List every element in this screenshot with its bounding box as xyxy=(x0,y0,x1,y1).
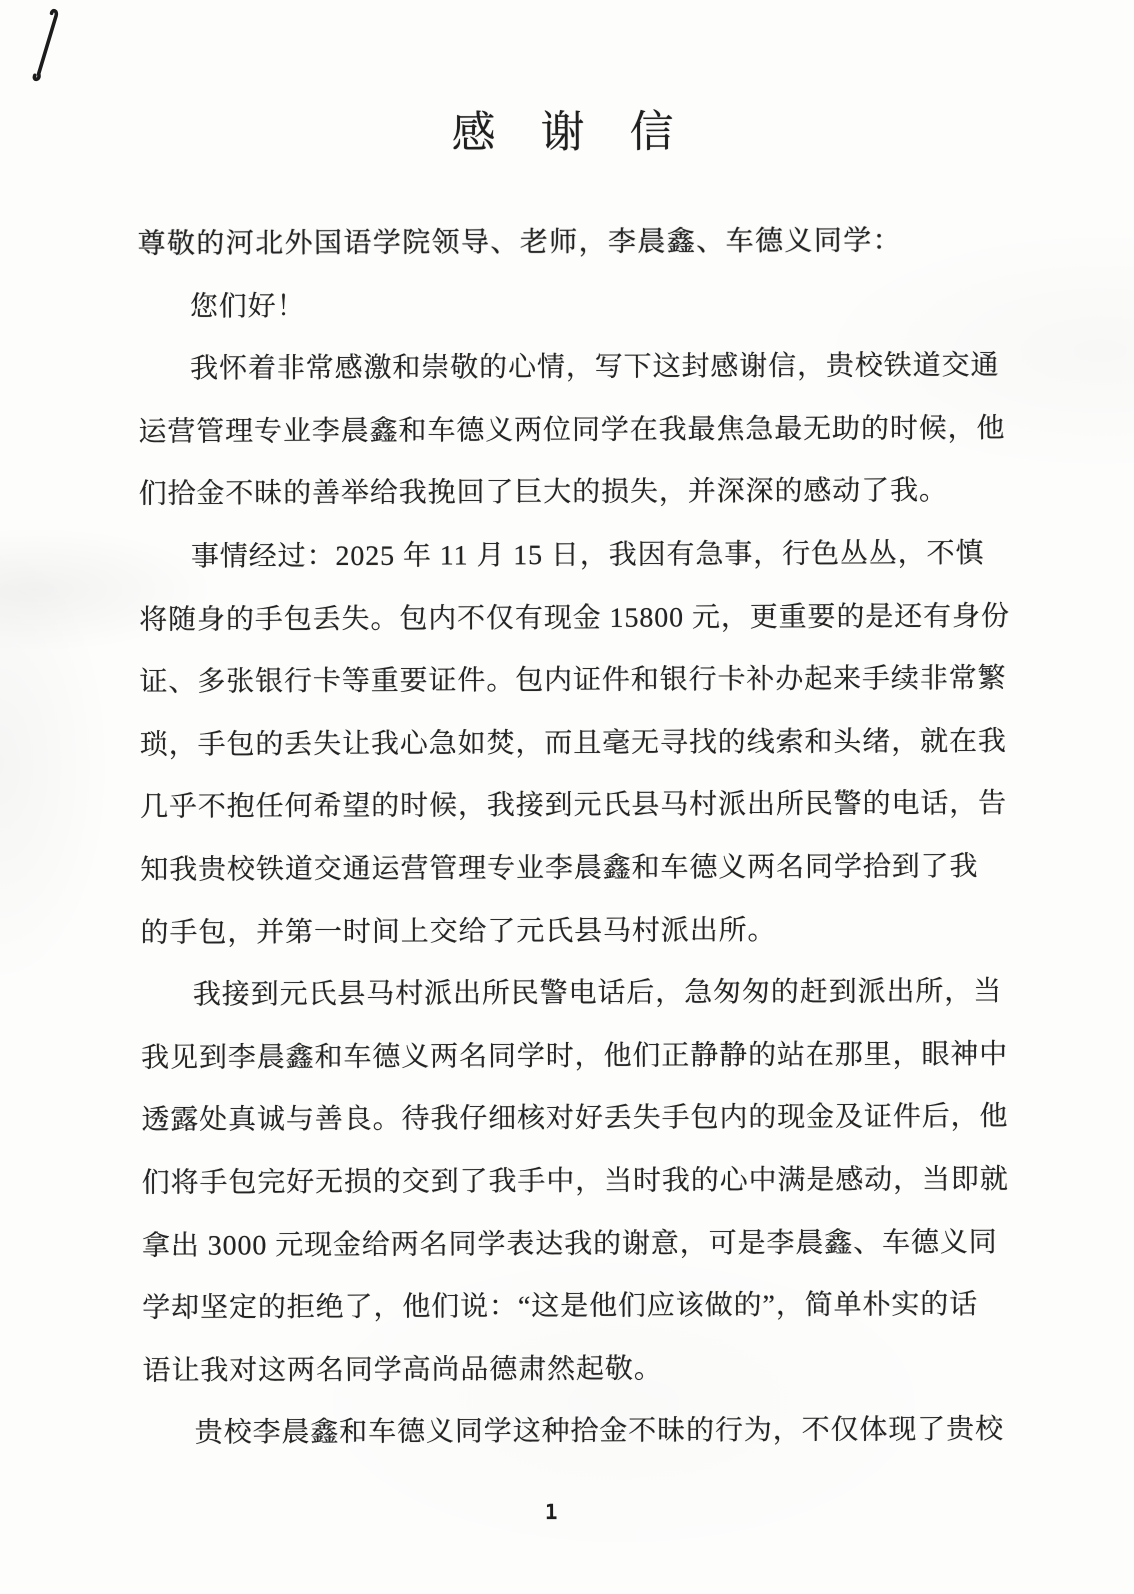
letter-line: 运营管理专业李晨鑫和车德义两位同学在我最焦急最无助的时候，他 xyxy=(138,398,1014,464)
letter-line: 知我贵校铁道交通运营管理专业李晨鑫和车德义两名同学拾到了我 xyxy=(140,836,1016,902)
letter-line: 将随身的手包丢失。包内不仅有现金 15800 元，更重要的是还有身份 xyxy=(139,586,1015,652)
letter-line: 我怀着非常感激和崇敬的心情，写下这封感谢信，贵校铁道交通 xyxy=(138,335,1014,401)
letter-line: 贵校李晨鑫和车德义同学这种拾金不昧的行为，不仅体现了贵校 xyxy=(143,1399,1019,1465)
letter-line: 语让我对这两名同学高尚品德肃然起敬。 xyxy=(142,1337,1018,1403)
letter-line: 我接到元氏县马村派出所民警电话后，急匆匆的赶到派出所，当 xyxy=(141,961,1017,1027)
letter-greeting: 您们好！ xyxy=(138,273,1014,339)
letter-line: 琐，手包的丢失让我心急如焚，而且毫无寻找的线索和头绪，就在我 xyxy=(140,711,1016,777)
scan-content: 感 谢 信 尊敬的河北外国语学院领导、老师，李晨鑫、车德义同学： 您们好！ 我怀… xyxy=(0,0,1134,1594)
page-number: 1 xyxy=(531,1500,571,1524)
paragraph-3: 我接到元氏县马村派出所民警电话后，急匆匆的赶到派出所，当 我见到李晨鑫和车德义两… xyxy=(141,961,1019,1403)
paragraph-1: 我怀着非常感激和崇敬的心情，写下这封感谢信，贵校铁道交通 运营管理专业李晨鑫和车… xyxy=(138,335,1015,527)
letter-body: 尊敬的河北外国语学院领导、老师，李晨鑫、车德义同学： 您们好！ 我怀着非常感激和… xyxy=(137,210,1018,1466)
paragraph-2: 事情经过：2025 年 11 月 15 日，我因有急事，行色丛丛，不慎 将随身的… xyxy=(139,523,1017,965)
letter-line: 们拾金不昧的善举给我挽回了巨大的损失，并深深的感动了我。 xyxy=(139,460,1015,526)
letter-line: 们将手包完好无损的交到了我手中，当时我的心中满是感动，当即就 xyxy=(142,1149,1018,1215)
handwritten-slash-mark xyxy=(25,4,73,90)
letter-salutation: 尊敬的河北外国语学院领导、老师，李晨鑫、车德义同学： xyxy=(137,210,1013,276)
letter-line: 我见到李晨鑫和车德义两名同学时，他们正静静的站在那里，眼神中 xyxy=(141,1024,1017,1090)
paragraph-4: 贵校李晨鑫和车德义同学这种拾金不昧的行为，不仅体现了贵校 xyxy=(143,1399,1019,1465)
letter-line: 事情经过：2025 年 11 月 15 日，我因有急事，行色丛丛，不慎 xyxy=(139,523,1015,589)
letter-line: 透露处真诚与善良。待我仔细核对好丢失手包内的现金及证件后，他 xyxy=(141,1086,1017,1152)
letter-title: 感 谢 信 xyxy=(0,94,1131,163)
scanned-letter-page: 感 谢 信 尊敬的河北外国语学院领导、老师，李晨鑫、车德义同学： 您们好！ 我怀… xyxy=(0,0,1134,1594)
letter-line: 拿出 3000 元现金给两名同学表达我的谢意，可是李晨鑫、车德义同 xyxy=(142,1212,1018,1278)
letter-line: 几乎不抱任何希望的时候，我接到元氏县马村派出所民警的电话，告 xyxy=(140,773,1016,839)
letter-line: 证、多张银行卡等重要证件。包内证件和银行卡补办起来手续非常繁 xyxy=(139,648,1015,714)
letter-line: 的手包，并第一时间上交给了元氏县马村派出所。 xyxy=(140,899,1016,965)
letter-line: 学却坚定的拒绝了，他们说：“这是他们应该做的”，简单朴实的话 xyxy=(142,1274,1018,1340)
